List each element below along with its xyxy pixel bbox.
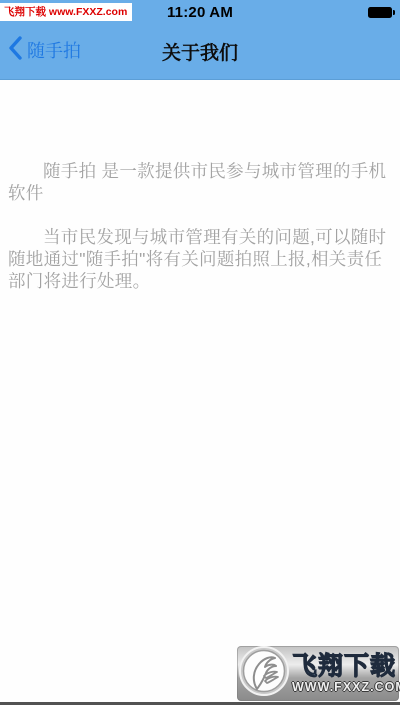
- battery-icon: [368, 7, 392, 18]
- fxxz-bird-logo: [238, 645, 290, 702]
- page-title: 关于我们: [0, 38, 400, 65]
- about-content: 随手拍 是一款提供市民参与城市管理的手机软件 当市民发现与城市管理有关的问题,可…: [0, 80, 400, 710]
- battery-nub: [393, 10, 396, 15]
- fxxz-badge-url: WWW.FXXZ.COM: [292, 680, 400, 694]
- fxxz-badge-title: 飞翔下载: [292, 653, 396, 680]
- about-paragraph-1: 随手拍 是一款提供市民参与城市管理的手机软件: [8, 160, 392, 204]
- status-bar: 飞翔下载 www.FXXZ.com 11:20 AM: [0, 0, 400, 26]
- about-paragraph-2: 当市民发现与城市管理有关的问题,可以随时随地通过"随手拍"将有关问题拍照上报,相…: [8, 226, 392, 292]
- fxxz-badge-texts: 飞翔下载 WWW.FXXZ.COM: [292, 653, 400, 694]
- app-screen: 飞翔下载 www.FXXZ.com 11:20 AM 随手拍 关于我们 随手拍 …: [0, 0, 400, 710]
- status-time: 11:20 AM: [0, 4, 400, 21]
- top-bars: 飞翔下载 www.FXXZ.com 11:20 AM 随手拍 关于我们: [0, 0, 400, 80]
- bottom-watermark-badge: 飞翔下载 WWW.FXXZ.COM: [237, 646, 399, 701]
- nav-bar: 随手拍 关于我们: [0, 26, 400, 79]
- bottom-frame-line: [0, 702, 400, 705]
